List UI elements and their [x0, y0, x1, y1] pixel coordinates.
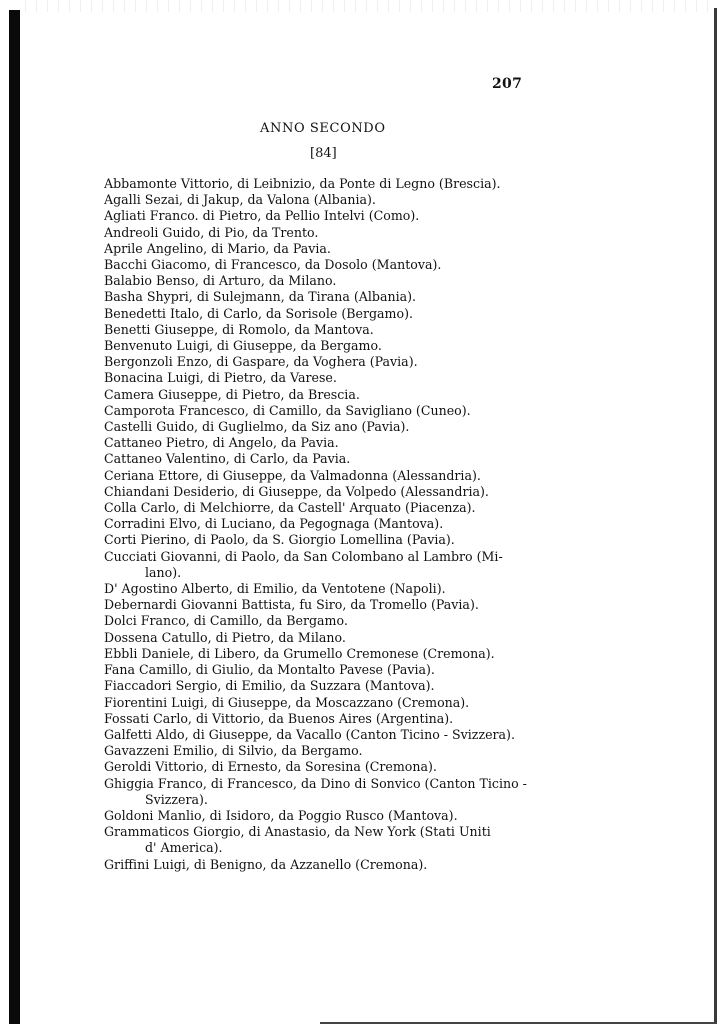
- entry-text: Grammaticos Giorgio, di Anastasio, da Ne…: [104, 824, 491, 839]
- entry-text: Fiaccadori Sergio, di Emilio, da Suzzara…: [104, 678, 435, 693]
- binding-shadow-left: [9, 10, 20, 1024]
- entry-text: Fossati Carlo, di Vittorio, da Buenos Ai…: [104, 711, 453, 726]
- list-item: Bacchi Giacomo, di Francesco, da Dosolo …: [104, 257, 544, 273]
- entry-text: Cucciati Giovanni, di Paolo, da San Colo…: [104, 549, 503, 564]
- entry-text: Abbamonte Vittorio, di Leibnizio, da Pon…: [104, 176, 501, 191]
- scanned-page: 207 ANNO SECONDO [84] Abbamonte Vittorio…: [0, 0, 717, 1024]
- entry-text: Agliati Franco. di Pietro, da Pellio Int…: [104, 208, 419, 223]
- scan-noise-top: [20, 0, 714, 12]
- entry-text: Chiandani Desiderio, di Giuseppe, da Vol…: [104, 484, 489, 499]
- list-item: Fiorentini Luigi, di Giuseppe, da Moscaz…: [104, 695, 544, 711]
- entry-text: Griffini Luigi, di Benigno, da Azzanello…: [104, 857, 427, 872]
- entry-text: Fiorentini Luigi, di Giuseppe, da Moscaz…: [104, 695, 469, 710]
- entry-text: Corti Pierino, di Paolo, da S. Giorgio L…: [104, 532, 455, 547]
- list-item: Camera Giuseppe, di Pietro, da Brescia.: [104, 387, 544, 403]
- entry-text: Dolci Franco, di Camillo, da Bergamo.: [104, 613, 348, 628]
- list-item: Agalli Sezai, di Jakup, da Valona (Alban…: [104, 192, 544, 208]
- entry-text: Basha Shypri, di Sulejmann, da Tirana (A…: [104, 289, 416, 304]
- entry-text: Ghiggia Franco, di Francesco, da Dino di…: [104, 776, 527, 791]
- list-item: Ebbli Daniele, di Libero, da Grumello Cr…: [104, 646, 544, 662]
- list-item: Camporota Francesco, di Camillo, da Savi…: [104, 403, 544, 419]
- list-item: Abbamonte Vittorio, di Leibnizio, da Pon…: [104, 176, 544, 192]
- list-item: Basha Shypri, di Sulejmann, da Tirana (A…: [104, 289, 544, 305]
- list-item: Galfetti Aldo, di Giuseppe, da Vacallo (…: [104, 727, 544, 743]
- entry-text: Cattaneo Pietro, di Angelo, da Pavia.: [104, 435, 339, 450]
- entry-continuation: lano).: [104, 565, 544, 581]
- list-item: Agliati Franco. di Pietro, da Pellio Int…: [104, 208, 544, 224]
- entry-text: Camera Giuseppe, di Pietro, da Brescia.: [104, 387, 360, 402]
- list-item: Griffini Luigi, di Benigno, da Azzanello…: [104, 857, 544, 873]
- entry-text: Bonacina Luigi, di Pietro, da Varese.: [104, 370, 337, 385]
- page-number: 207: [492, 76, 522, 92]
- entry-text: Agalli Sezai, di Jakup, da Valona (Alban…: [104, 192, 376, 207]
- list-item: Cucciati Giovanni, di Paolo, da San Colo…: [104, 549, 544, 581]
- entry-text: Cattaneo Valentino, di Carlo, da Pavia.: [104, 451, 350, 466]
- list-item: Ghiggia Franco, di Francesco, da Dino di…: [104, 776, 544, 808]
- entry-text: Galfetti Aldo, di Giuseppe, da Vacallo (…: [104, 727, 515, 742]
- list-item: Benedetti Italo, di Carlo, da Sorisole (…: [104, 306, 544, 322]
- list-item: Gavazzeni Emilio, di Silvio, da Bergamo.: [104, 743, 544, 759]
- list-item: Balabio Benso, di Arturo, da Milano.: [104, 273, 544, 289]
- entry-text: Balabio Benso, di Arturo, da Milano.: [104, 273, 336, 288]
- list-item: D' Agostino Alberto, di Emilio, da Vento…: [104, 581, 544, 597]
- entry-text: Goldoni Manlio, di Isidoro, da Poggio Ru…: [104, 808, 458, 823]
- list-item: Benetti Giuseppe, di Romolo, da Mantova.: [104, 322, 544, 338]
- list-item: Benvenuto Luigi, di Giuseppe, da Bergamo…: [104, 338, 544, 354]
- list-item: Goldoni Manlio, di Isidoro, da Poggio Ru…: [104, 808, 544, 824]
- list-item: Debernardi Giovanni Battista, fu Siro, d…: [104, 597, 544, 613]
- entry-text: Gavazzeni Emilio, di Silvio, da Bergamo.: [104, 743, 363, 758]
- list-item: Andreoli Guido, di Pio, da Trento.: [104, 225, 544, 241]
- list-item: Cattaneo Pietro, di Angelo, da Pavia.: [104, 435, 544, 451]
- list-item: Dolci Franco, di Camillo, da Bergamo.: [104, 613, 544, 629]
- list-item: Aprile Angelino, di Mario, da Pavia.: [104, 241, 544, 257]
- entry-text: Benedetti Italo, di Carlo, da Sorisole (…: [104, 306, 413, 321]
- entry-text: Colla Carlo, di Melchiorre, da Castell' …: [104, 500, 476, 515]
- student-list: Abbamonte Vittorio, di Leibnizio, da Pon…: [104, 176, 544, 873]
- section-title: ANNO SECONDO: [260, 121, 386, 136]
- entry-text: Dossena Catullo, di Pietro, da Milano.: [104, 630, 346, 645]
- section-number: [84]: [310, 146, 337, 161]
- entry-text: Ceriana Ettore, di Giuseppe, da Valmadon…: [104, 468, 481, 483]
- entry-text: Bergonzoli Enzo, di Gaspare, da Voghera …: [104, 354, 418, 369]
- list-item: Castelli Guido, di Guglielmo, da Siz ano…: [104, 419, 544, 435]
- entry-text: Aprile Angelino, di Mario, da Pavia.: [104, 241, 331, 256]
- list-item: Fossati Carlo, di Vittorio, da Buenos Ai…: [104, 711, 544, 727]
- entry-text: Andreoli Guido, di Pio, da Trento.: [104, 225, 318, 240]
- entry-text: Geroldi Vittorio, di Ernesto, da Soresin…: [104, 759, 437, 774]
- list-item: Chiandani Desiderio, di Giuseppe, da Vol…: [104, 484, 544, 500]
- entry-text: Ebbli Daniele, di Libero, da Grumello Cr…: [104, 646, 495, 661]
- entry-text: Camporota Francesco, di Camillo, da Savi…: [104, 403, 471, 418]
- entry-text: Benvenuto Luigi, di Giuseppe, da Bergamo…: [104, 338, 382, 353]
- list-item: Dossena Catullo, di Pietro, da Milano.: [104, 630, 544, 646]
- list-item: Cattaneo Valentino, di Carlo, da Pavia.: [104, 451, 544, 467]
- list-item: Fiaccadori Sergio, di Emilio, da Suzzara…: [104, 678, 544, 694]
- list-item: Fana Camillo, di Giulio, da Montalto Pav…: [104, 662, 544, 678]
- entry-text: Bacchi Giacomo, di Francesco, da Dosolo …: [104, 257, 441, 272]
- list-item: Corti Pierino, di Paolo, da S. Giorgio L…: [104, 532, 544, 548]
- list-item: Corradini Elvo, di Luciano, da Pegognaga…: [104, 516, 544, 532]
- entry-text: Benetti Giuseppe, di Romolo, da Mantova.: [104, 322, 374, 337]
- list-item: Colla Carlo, di Melchiorre, da Castell' …: [104, 500, 544, 516]
- list-item: Ceriana Ettore, di Giuseppe, da Valmadon…: [104, 468, 544, 484]
- entry-text: Debernardi Giovanni Battista, fu Siro, d…: [104, 597, 479, 612]
- list-item: Geroldi Vittorio, di Ernesto, da Soresin…: [104, 759, 544, 775]
- entry-continuation: d' America).: [104, 840, 544, 856]
- entry-continuation: Svizzera).: [104, 792, 544, 808]
- entry-text: Fana Camillo, di Giulio, da Montalto Pav…: [104, 662, 435, 677]
- list-item: Bergonzoli Enzo, di Gaspare, da Voghera …: [104, 354, 544, 370]
- entry-text: Corradini Elvo, di Luciano, da Pegognaga…: [104, 516, 443, 531]
- list-item: Bonacina Luigi, di Pietro, da Varese.: [104, 370, 544, 386]
- list-item: Grammaticos Giorgio, di Anastasio, da Ne…: [104, 824, 544, 856]
- entry-text: D' Agostino Alberto, di Emilio, da Vento…: [104, 581, 446, 596]
- entry-text: Castelli Guido, di Guglielmo, da Siz ano…: [104, 419, 409, 434]
